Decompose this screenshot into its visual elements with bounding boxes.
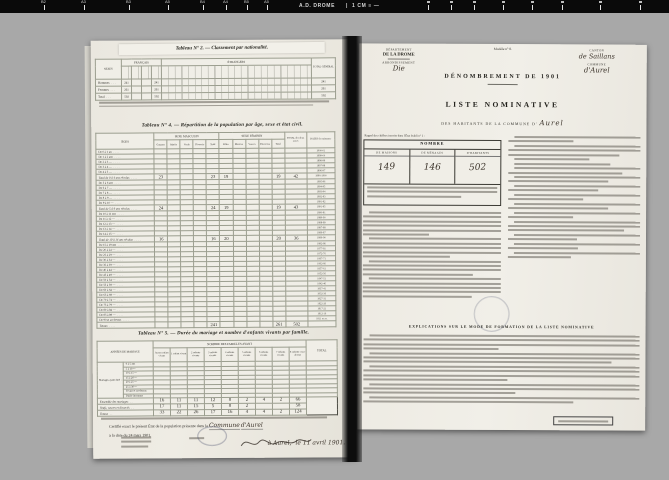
age-structure-table: ÂGESSEXE MASCULINSEXE FÉMININTOTAL des d… <box>95 131 336 328</box>
habitants-label: D'HABITANTS <box>456 150 501 157</box>
arrondissement-value: Die <box>363 64 435 72</box>
canton-commune-block: CANTON de Saillans COMMUNE d'Aurel <box>555 48 639 74</box>
nationality-table: SEXESFRANÇAISÉTRANGERSTOTAL GÉNÉRALHomme… <box>95 57 336 100</box>
ruler-tick <box>168 5 169 10</box>
instructions-right-column <box>508 136 641 261</box>
round-stamp <box>197 426 227 446</box>
ruler-tick-label-cut <box>502 1 505 3</box>
counts-caption: Rappel des chiffres inscrits dans l'État… <box>364 133 504 138</box>
ruler-tick-label-cut <box>561 1 564 3</box>
maisons-value: 149 <box>364 161 409 174</box>
menages-value: 146 <box>410 163 455 173</box>
ruler-tick <box>267 5 268 10</box>
explications-paragraphs <box>363 334 639 406</box>
counts-summary-table: NOMBRE DE MAISONS 149 DE MÉNAGES 146 D'H… <box>363 139 501 206</box>
table5-title: Tableau N° 5. — Durée du mariage et nomb… <box>93 330 355 337</box>
footer-note-box <box>553 416 613 425</box>
book-gutter-shadow <box>342 36 362 462</box>
ruler-tick-label-cut <box>427 1 430 3</box>
ruler-tick <box>474 5 475 10</box>
archive-label: A.D. DROME <box>299 3 335 9</box>
certify-printed-text: Certifié exact le présent État de la pop… <box>109 423 208 429</box>
counts-col-maisons: DE MAISONS 149 <box>364 149 410 183</box>
ruler-tick <box>428 5 429 10</box>
departement-block: DÉPARTEMENT DE LA DROME ARRONDISSEMENT D… <box>363 47 435 72</box>
ruler-tick <box>129 5 130 10</box>
ruler-tick-label-cut <box>531 1 534 3</box>
ruler-tick <box>451 5 452 10</box>
age-table-grid: ÂGESSEXE MASCULINSEXE FÉMININTOTAL des d… <box>95 131 336 328</box>
ruler-tick-label: B5 <box>244 0 249 4</box>
ruler-tick-label: B3 <box>126 0 131 4</box>
ruler-tick-label-cut <box>473 1 476 3</box>
liste-nominative-title: LISTE NOMINATIVE <box>359 99 647 109</box>
age-row: Totaux ....241261502 <box>97 321 336 328</box>
canton-value: de Saillans <box>555 52 639 60</box>
footnote-line <box>101 416 327 419</box>
subtitle-hw-commune: Aurel <box>539 119 563 127</box>
ruler-tick-label: A3 <box>81 0 86 4</box>
ruler-tick-label: B2 <box>41 0 46 4</box>
menages-label: DE MÉNAGES <box>410 150 455 157</box>
right-page-liste-nominative: DÉPARTEMENT DE LA DROME ARRONDISSEMENT D… <box>357 43 647 430</box>
ruler-tick <box>247 5 248 10</box>
table2-title-slip: Tableau N° 2. — Classement par nationali… <box>119 42 325 55</box>
counts-col-habitants: D'HABITANTS 502 <box>456 150 501 184</box>
film-ruler-bar: A.D. DROME | 1 CM ≡ — B2A3B3A5B4A4B5A5 <box>0 0 669 13</box>
counts-col-menages: DE MÉNAGES 146 <box>410 150 456 184</box>
subtitle-line: DES HABITANTS DE LA COMMUNE D' Aurel <box>358 118 646 127</box>
instructions-left-column <box>363 211 501 300</box>
certify-hw-place: d'Aurel <box>241 422 263 430</box>
maisons-label: DE MAISONS <box>364 149 409 156</box>
nationality-row: Total ...502502502 <box>96 92 336 100</box>
scale-label: 1 CM ≡ — <box>352 3 379 9</box>
ruler-tick <box>226 5 227 10</box>
table4-title: Tableau N° 4. — Répartition de la popula… <box>91 122 353 129</box>
ruler-tick <box>532 5 533 10</box>
ruler-tick <box>203 5 204 10</box>
departement-value: DE LA DROME <box>363 51 435 56</box>
table2-title: Tableau N° 2. — Classement par nationali… <box>176 45 268 51</box>
scale-separator: | <box>346 3 348 9</box>
habitants-value: 502 <box>455 162 500 174</box>
title-rule <box>488 84 518 85</box>
signature-scribble <box>239 433 313 451</box>
left-page-census-tables: Tableau N° 2. — Classement par nationali… <box>91 39 356 459</box>
ruler-tick-label: B4 <box>200 0 205 4</box>
marriage-duration-table: ANNÉES DE MARIAGENOMBRE DES FAMILLES AYA… <box>97 339 339 416</box>
round-stamp <box>474 296 510 332</box>
ruler-tick <box>562 5 563 10</box>
footnote-line <box>99 104 313 107</box>
ruler-tick <box>84 5 85 10</box>
ruler-tick <box>600 5 601 10</box>
modele-number: Modèle n° 8. <box>467 47 539 51</box>
ruler-tick <box>640 5 641 10</box>
ruler-tick <box>503 5 504 10</box>
subtitle-printed: DES HABITANTS DE LA COMMUNE D' <box>441 122 537 126</box>
marriage-summary-row: Totaux ..3322261716442124 <box>97 409 337 416</box>
counts-box-footnote <box>364 183 500 197</box>
ruler-tick-label-cut <box>639 1 642 3</box>
ruler-tick <box>44 5 45 10</box>
microfilm-scan-viewer: A.D. DROME | 1 CM ≡ — B2A3B3A5B4A4B5A5 T… <box>0 0 669 480</box>
marriage-table-grid: ANNÉES DE MARIAGENOMBRE DES FAMILLES AYA… <box>97 339 339 416</box>
ruler-tick-label: A5 <box>264 0 269 4</box>
ruler-tick-label-cut <box>599 1 602 3</box>
official-smallprint <box>121 436 151 449</box>
ruler-tick-label: A5 <box>165 0 170 4</box>
census-title: DÉNOMBREMENT DE 1901 <box>359 73 647 80</box>
ruler-tick-label: A4 <box>223 0 228 4</box>
footnote-line <box>99 100 329 103</box>
ruler-tick-label-cut <box>450 1 453 3</box>
nationality-table-grid: SEXESFRANÇAISÉTRANGERSTOTAL GÉNÉRALHomme… <box>95 57 336 100</box>
